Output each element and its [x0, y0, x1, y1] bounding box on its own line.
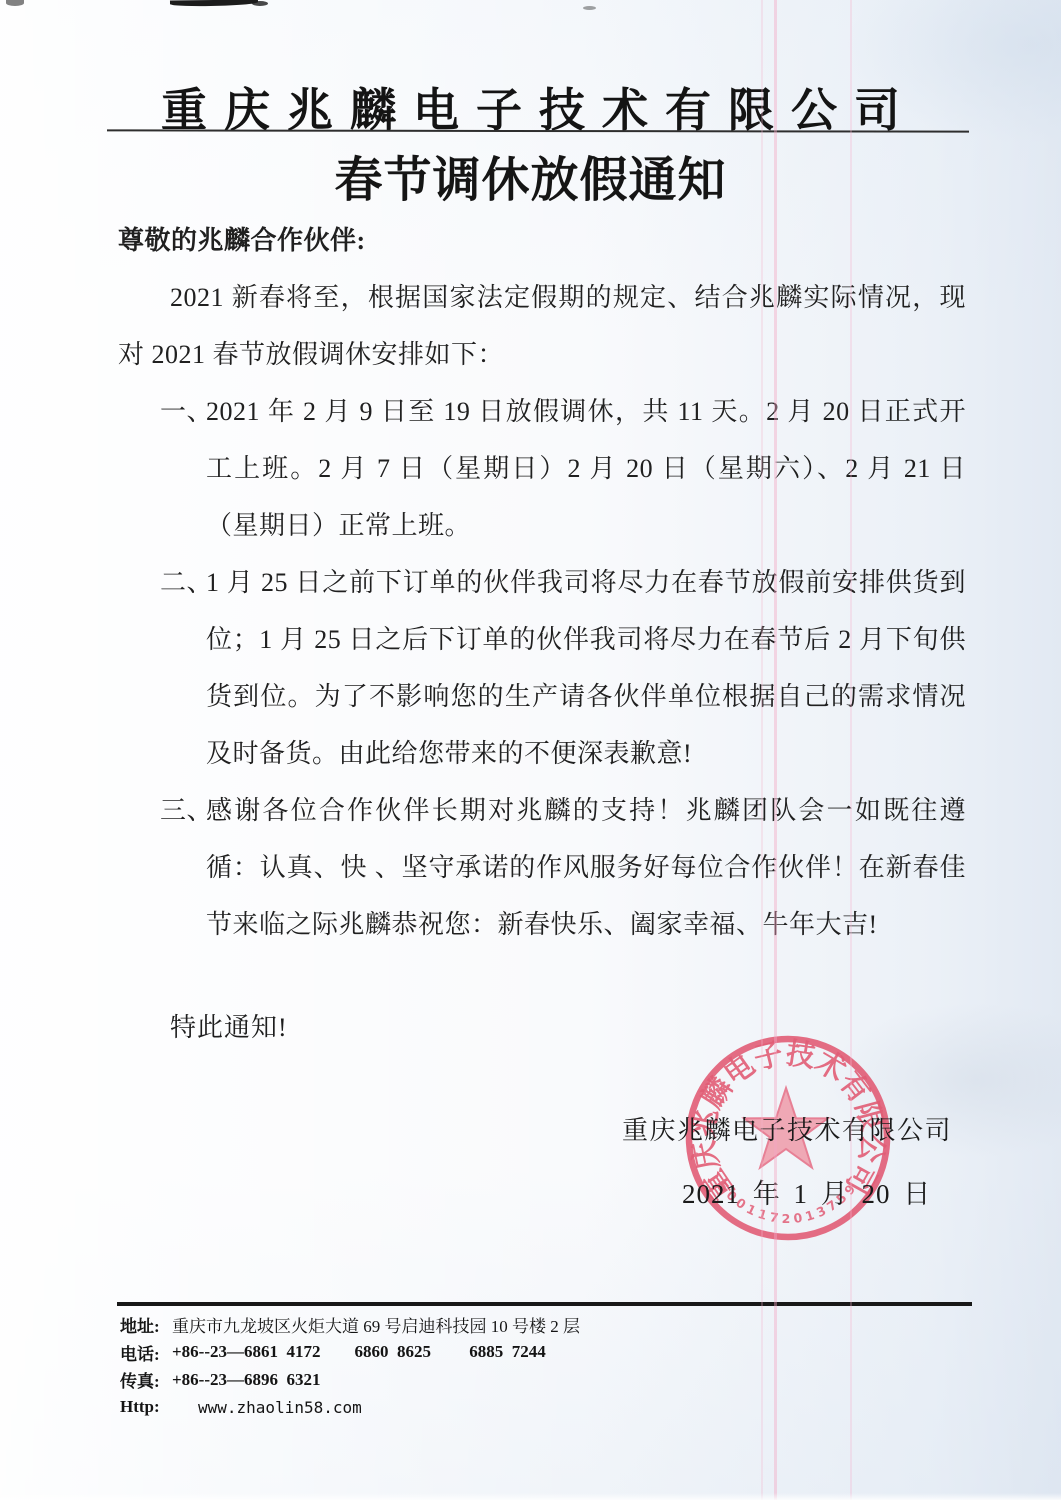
item-number: 一、: [160, 383, 213, 440]
scan-smudge: [6, 0, 24, 6]
footer-website-url: www.zhaolin58.com: [172, 1398, 362, 1417]
footer-label: 传真:: [120, 1367, 172, 1392]
footer-value: +86--23—6896 6321: [172, 1370, 321, 1390]
item-number: 二、: [160, 554, 213, 611]
item-text: 感谢各位合作伙伴长期对兆麟的支持！兆麟团队会一如既往遵循：认真、快 、坚守承诺的…: [206, 796, 966, 939]
footer-contact-block: 地址: 重庆市九龙坡区火炬大道 69 号启迪科技园 10 号楼 2 层 电话: …: [120, 1311, 980, 1421]
notice-title: 春节调休放假通知: [0, 141, 1061, 210]
intro-paragraph: 2021 新春将至，根据国家法定假期的规定、结合兆麟实际情况，现对 2021 春…: [118, 269, 966, 383]
closing-statement: 特此通知!: [170, 1007, 288, 1044]
notice-item-3: 三、 感谢各位合作伙伴长期对兆麟的支持！兆麟团队会一如既往遵循：认真、快 、坚守…: [118, 782, 966, 953]
notice-item-1: 一、 2021 年 2 月 9 日至 19 日放假调休，共 11 天。2 月 2…: [118, 383, 966, 554]
notice-item-2: 二、 1 月 25 日之前下订单的伙伴我司将尽力在春节放假前安排供货到位；1 月…: [118, 554, 966, 782]
scan-smudge: [252, 1, 268, 6]
footer-row-website: Http: www.zhaolin58.com: [120, 1394, 980, 1422]
scan-smudge: [170, 0, 258, 6]
signature-company: 重庆兆麟电子技术有限公司: [622, 1110, 952, 1147]
item-text: 2021 年 2 月 9 日至 19 日放假调休，共 11 天。2 月 20 日…: [206, 397, 966, 540]
scanned-notice-page: 重庆兆麟电子技术有限公司 春节调休放假通知 尊敬的兆麟合作伙伴: 2021 新春…: [0, 0, 1061, 1500]
footer-label: 电话:: [120, 1340, 172, 1365]
footer-label: 地址:: [120, 1312, 172, 1337]
footer-row-phone: 电话: +86--23—6861 4172 6860 8625 6885 724…: [120, 1339, 980, 1367]
signature-date: 2021 年 1 月 20 日: [682, 1172, 931, 1211]
footer-divider: [117, 1302, 972, 1306]
footer-label: Http:: [120, 1397, 172, 1417]
salutation: 尊敬的兆麟合作伙伴:: [118, 212, 966, 269]
scan-smudge: [583, 6, 596, 10]
footer-row-address: 地址: 重庆市九龙坡区火炬大道 69 号启迪科技园 10 号楼 2 层: [120, 1311, 980, 1339]
item-number: 三、: [160, 782, 213, 839]
item-text: 1 月 25 日之前下订单的伙伴我司将尽力在春节放假前安排供货到位；1 月 25…: [206, 568, 966, 768]
notice-body: 尊敬的兆麟合作伙伴: 2021 新春将至，根据国家法定假期的规定、结合兆麟实际情…: [118, 212, 966, 953]
footer-value: 重庆市九龙坡区火炬大道 69 号启迪科技园 10 号楼 2 层: [172, 1312, 580, 1337]
footer-value: +86--23—6861 4172 6860 8625 6885 7244: [172, 1342, 546, 1362]
footer-row-fax: 传真: +86--23—6896 6321: [120, 1366, 980, 1394]
scan-bottom-edge: [0, 1493, 1061, 1500]
